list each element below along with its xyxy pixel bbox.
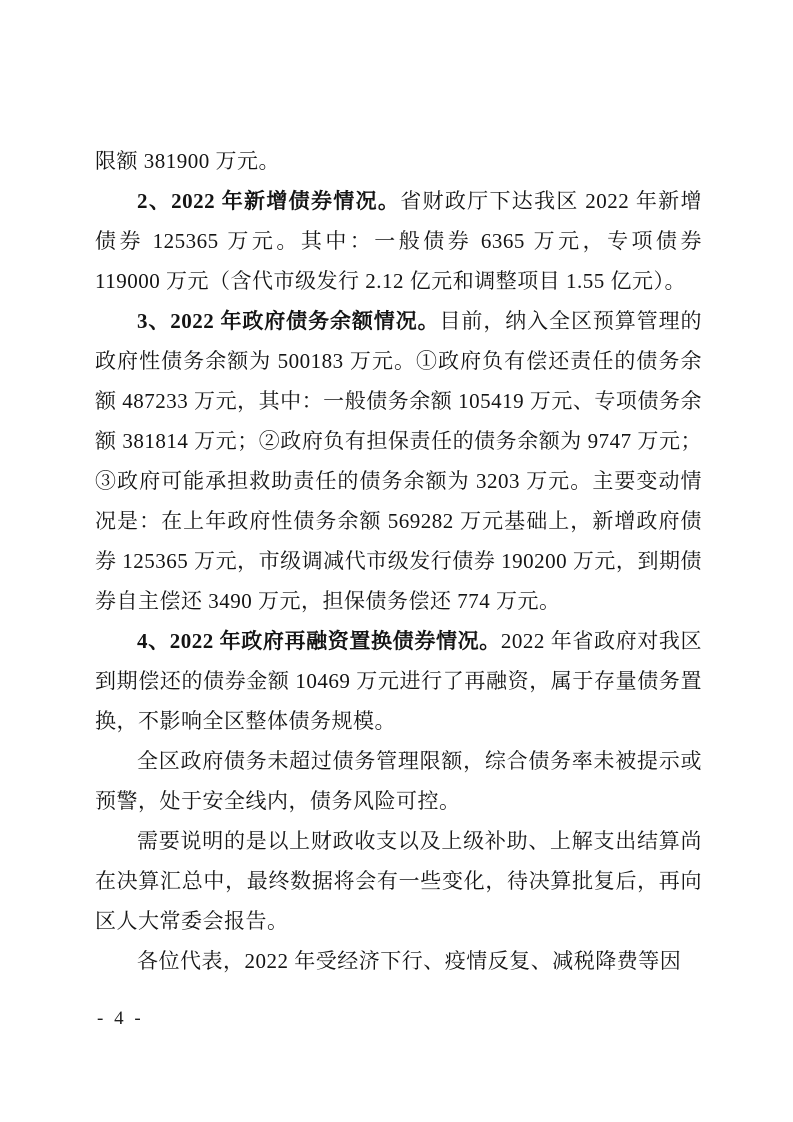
section-heading: 3、2022 年政府债务余额情况。 [137, 309, 440, 333]
document-page: 限额 381900 万元。 2、2022 年新增债券情况。省财政厅下达我区 20… [0, 0, 793, 1122]
page-number: - 4 - [97, 1008, 144, 1029]
paragraph-continuation: 限额 381900 万元。 [95, 141, 702, 181]
paragraph-delegates-intro: 各位代表，2022 年受经济下行、疫情反复、减税降费等因 [95, 941, 702, 981]
paragraph-text: 限额 381900 万元。 [95, 149, 280, 173]
paragraph-debt-limit-note: 全区政府债务未超过债务管理限额，综合债务率未被提示或预警，处于安全线内，债务风险… [95, 741, 702, 821]
paragraph-text: 各位代表，2022 年受经济下行、疫情反复、减税降费等因 [137, 949, 681, 973]
paragraph-section-3-debt-balance: 3、2022 年政府债务余额情况。目前，纳入全区预算管理的政府性债务余额为 50… [95, 301, 702, 621]
document-body: 限额 381900 万元。 2、2022 年新增债券情况。省财政厅下达我区 20… [95, 141, 702, 981]
page-footer: - 4 - [97, 1004, 144, 1034]
paragraph-text: 目前，纳入全区预算管理的政府性债务余额为 500183 万元。①政府负有偿还责任… [95, 309, 702, 613]
section-heading: 2、2022 年新增债券情况。 [137, 189, 400, 213]
section-heading: 4、2022 年政府再融资置换债券情况。 [137, 629, 501, 653]
paragraph-settlement-note: 需要说明的是以上财政收支以及上级补助、上解支出结算尚在决算汇总中，最终数据将会有… [95, 821, 702, 941]
paragraph-text: 需要说明的是以上财政收支以及上级补助、上解支出结算尚在决算汇总中，最终数据将会有… [95, 829, 702, 933]
paragraph-text: 全区政府债务未超过债务管理限额，综合债务率未被提示或预警，处于安全线内，债务风险… [95, 749, 702, 813]
paragraph-section-2-new-bonds: 2、2022 年新增债券情况。省财政厅下达我区 2022 年新增债券 12536… [95, 181, 702, 301]
paragraph-section-4-refinancing: 4、2022 年政府再融资置换债券情况。2022 年省政府对我区到期偿还的债券金… [95, 621, 702, 741]
